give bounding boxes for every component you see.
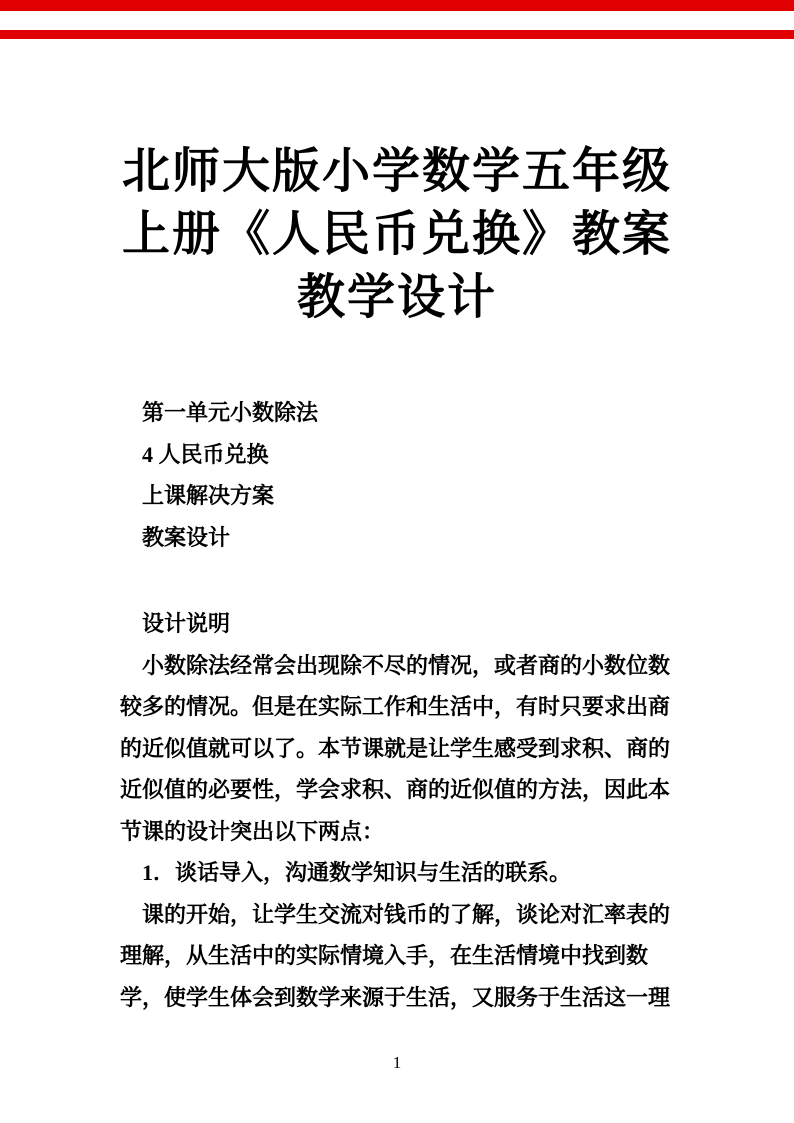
numbered-point-line: 1．谈话导入，沟通数学知识与生活的联系。 — [120, 852, 680, 894]
red-divider-second — [0, 30, 794, 39]
red-divider-top — [0, 0, 794, 11]
title-line-2: 上册《人民币兑换》教案 — [0, 203, 794, 266]
document-page: 北师大版小学数学五年级 上册《人民币兑换》教案 教学设计 第一单元小数除法 4 … — [0, 0, 794, 1123]
paragraph1-line: 的近似值就可以了。本节课就是让学生感受到求积、商的 — [120, 728, 680, 770]
meta-design-line: 教案设计 — [120, 517, 680, 559]
paragraph1-line: 较多的情况。但是在实际工作和生活中，有时只要求出商 — [120, 686, 680, 728]
title-line-1: 北师大版小学数学五年级 — [0, 140, 794, 203]
paragraph1-line: 节课的设计突出以下两点： — [120, 811, 680, 853]
meta-lesson-line: 4 人民币兑换 — [120, 434, 680, 476]
paragraph2-line: 课的开始，让学生交流对钱币的了解，谈论对汇率表的 — [120, 894, 680, 936]
title-line-3: 教学设计 — [0, 266, 794, 329]
meta-unit-line: 第一单元小数除法 — [120, 392, 680, 434]
meta-heading-block: 第一单元小数除法 4 人民币兑换 上课解决方案 教案设计 — [120, 392, 680, 558]
paragraph2-line: 学，使学生体会到数学来源于生活，又服务于生活这一理 — [120, 977, 680, 1019]
body-text-block: 设计说明 小数除法经常会出现除不尽的情况，或者商的小数位数 较多的情况。但是在实… — [120, 603, 680, 1018]
paragraph2-line: 理解，从生活中的实际情境入手，在生活情境中找到数 — [120, 935, 680, 977]
page-number: 1 — [0, 1052, 794, 1074]
meta-plan-line: 上课解决方案 — [120, 475, 680, 517]
document-title: 北师大版小学数学五年级 上册《人民币兑换》教案 教学设计 — [0, 140, 794, 329]
paragraph1-line: 小数除法经常会出现除不尽的情况，或者商的小数位数 — [120, 645, 680, 687]
paragraph1-line: 近似值的必要性，学会求积、商的近似值的方法，因此本 — [120, 769, 680, 811]
section-heading: 设计说明 — [120, 603, 680, 645]
